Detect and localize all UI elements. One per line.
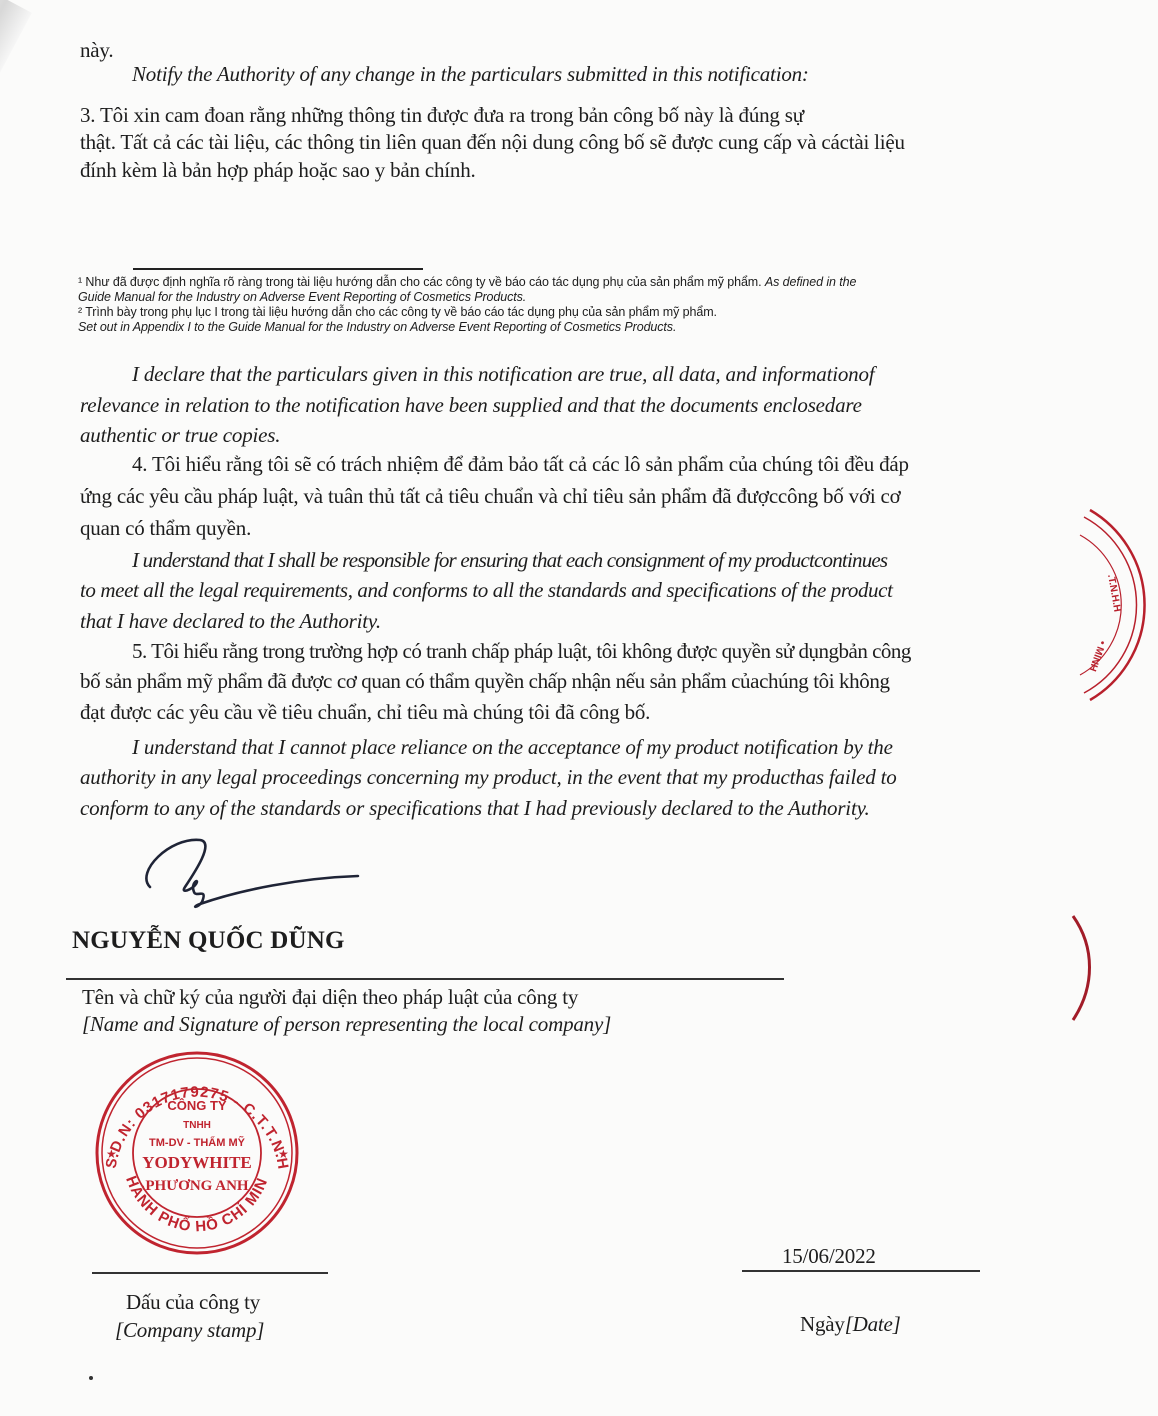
handwritten-signature — [130, 832, 370, 912]
item3-vi-line2: thật. Tất cả các tài liệu, các thông tin… — [80, 130, 905, 155]
footnote-1-en: Guide Manual for the Industry on Adverse… — [78, 290, 526, 304]
svg-text:.T.N.H.H: .T.N.H.H — [1105, 574, 1122, 613]
item5-en-line1: I understand that I cannot place relianc… — [132, 735, 893, 760]
speck-mark — [89, 1376, 93, 1380]
date-line — [742, 1270, 980, 1272]
partial-stamp-page-seal: .T.N.H.H • MINH — [1070, 505, 1158, 705]
signature-label-vi: Tên và chữ ký của người đại diện theo ph… — [82, 985, 578, 1010]
item4-en-line3: that I have declared to the Authority. — [80, 609, 381, 634]
svg-text:PHƯƠNG ANH: PHƯƠNG ANH — [145, 1178, 249, 1194]
item5-en-line3: conform to any of the standards or speci… — [80, 796, 870, 821]
partial-stamp-edge — [1065, 912, 1105, 1024]
item3-vi-line3: đính kèm là bản hợp pháp hoặc sao y bản … — [80, 158, 476, 183]
svg-text:TM-DV - THẨM MỸ: TM-DV - THẨM MỸ — [149, 1136, 246, 1149]
signatory-name: NGUYỄN QUỐC DŨNG — [72, 927, 345, 955]
svg-text:★: ★ — [278, 1147, 289, 1161]
svg-text:★: ★ — [106, 1147, 117, 1161]
signature-label-en: [Name and Signature of person representi… — [82, 1012, 611, 1037]
stamp-line — [92, 1272, 328, 1274]
item4-en-line1: I understand that I shall be responsible… — [132, 548, 887, 573]
notify-en: Notify the Authority of any change in th… — [132, 62, 809, 87]
date-label: Ngày[Date] — [800, 1312, 901, 1337]
item4-en-line2: to meet all the legal requirements, and … — [80, 578, 893, 603]
footnote-2-en: Set out in Appendix I to the Guide Manua… — [78, 320, 676, 334]
footnote-separator — [133, 268, 423, 270]
svg-text:CÔNG TY: CÔNG TY — [167, 1098, 227, 1113]
footnote-1: ¹ Như đã được định nghĩa rõ ràng trong t… — [78, 275, 856, 289]
item5-vi-line3: đạt được các yêu cầu về tiêu chuẩn, chỉ … — [80, 700, 650, 725]
item3-vi-line1: 3. Tôi xin cam đoan rằng những thông tin… — [80, 103, 804, 128]
company-stamp: M.S.D.N: 0317179275 - C.T.T.N.H.H THÀNH … — [92, 1048, 302, 1258]
item5-vi-line2: bố sản phẩm mỹ phẩm đã được cơ quan có t… — [80, 669, 890, 694]
item5-vi-line1: 5. Tôi hiểu rằng trong trường hợp có tra… — [132, 639, 911, 664]
svg-text:• MINH: • MINH — [1086, 639, 1107, 673]
declare-en-line1: I declare that the particulars given in … — [132, 362, 874, 387]
svg-text:TNHH: TNHH — [183, 1120, 211, 1131]
declare-en-line3: authentic or true copies. — [80, 423, 280, 448]
date-value: 15/06/2022 — [782, 1244, 876, 1269]
stamp-label-vi: Dấu của công ty — [126, 1290, 260, 1315]
stamp-label-en: [Company stamp] — [115, 1318, 264, 1343]
svg-text:YODYWHITE: YODYWHITE — [142, 1153, 252, 1172]
page-edge-shadow — [0, 0, 32, 189]
item4-vi-line1: 4. Tôi hiểu rằng tôi sẽ có trách nhiệm đ… — [132, 452, 909, 477]
footnote-2: ² Trình bày trong phụ lục I trong tài li… — [78, 305, 717, 319]
item5-en-line2: authority in any legal proceedings conce… — [80, 765, 897, 790]
item4-vi-line2: ứng các yêu cầu pháp luật, và tuân thủ t… — [80, 484, 901, 509]
signature-line — [66, 978, 784, 980]
declare-en-line2: relevance in relation to the notificatio… — [80, 393, 862, 418]
item4-vi-line3: quan có thẩm quyền. — [80, 516, 251, 541]
intro-tail: này. — [80, 38, 113, 63]
